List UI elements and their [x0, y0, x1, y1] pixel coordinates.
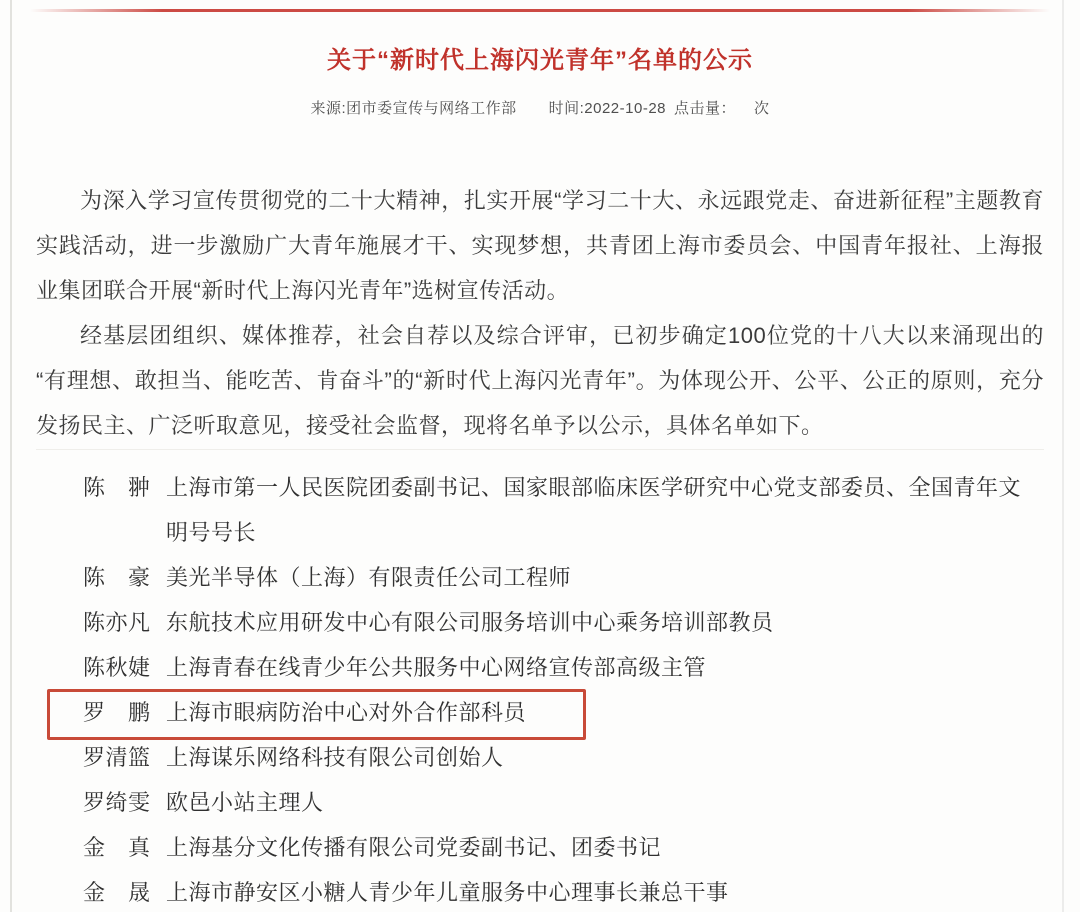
article-meta: 来源:团市委宣传与网络工作部时间:2022-10-28点击量：次: [0, 97, 1080, 118]
list-entry: 陈秋婕上海青春在线青少年公共服务中心网络宣传部高级主管: [36, 645, 1044, 690]
list-entry: 陈 翀上海市第一人民医院团委副书记、国家眼部临床医学研究中心党支部委员、全国青年…: [36, 465, 1044, 555]
list-entry: 罗绮雯欧邑小站主理人: [36, 780, 1044, 825]
honoree-description: 美光半导体（上海）有限责任公司工程师: [166, 555, 1044, 600]
list-entry: 陈亦凡东航技术应用研发中心有限公司服务培训中心乘务培训部教员: [36, 600, 1044, 645]
honoree-list: 陈 翀上海市第一人民医院团委副书记、国家眼部临床医学研究中心党支部委员、全国青年…: [36, 465, 1044, 912]
honoree-description: 东航技术应用研发中心有限公司服务培训中心乘务培训部教员: [166, 600, 1044, 645]
honoree-name: 罗 鹏: [83, 690, 166, 735]
list-entry: 金 真上海基分文化传播有限公司党委副书记、团委书记: [36, 825, 1044, 870]
honoree-name: 罗清篮: [83, 735, 166, 780]
honoree-description: 上海谋乐网络科技有限公司创始人: [166, 735, 1044, 780]
section-divider: [36, 449, 1044, 450]
honoree-name: 陈 豪: [83, 555, 166, 600]
top-red-rule: [30, 9, 1050, 12]
honoree-name: 陈亦凡: [83, 600, 166, 645]
honoree-description: 上海基分文化传播有限公司党委副书记、团委书记: [166, 825, 1044, 870]
list-entry-highlighted: 罗 鹏上海市眼病防治中心对外合作部科员: [36, 690, 1044, 735]
right-edge-line: [1062, 0, 1064, 912]
left-edge-line: [10, 0, 12, 912]
list-entry: 金 晟上海市静安区小糖人青少年儿童服务中心理事长兼总干事: [36, 870, 1044, 912]
honoree-name: 罗绮雯: [83, 780, 166, 825]
honoree-name: 金 晟: [83, 870, 166, 912]
article-body: 为深入学习宣传贯彻党的二十大精神，扎实开展“学习二十大、永远跟党走、奋进新征程”…: [0, 178, 1080, 912]
meta-hits-label: 点击量：: [674, 100, 736, 117]
honoree-name: 陈 翀: [83, 465, 166, 555]
honoree-description: 上海市眼病防治中心对外合作部科员: [166, 690, 1044, 735]
honoree-description: 上海市第一人民医院团委副书记、国家眼部临床医学研究中心党支部委员、全国青年文明号…: [166, 465, 1044, 555]
intro-paragraphs: 为深入学习宣传贯彻党的二十大精神，扎实开展“学习二十大、永远跟党走、奋进新征程”…: [36, 178, 1044, 448]
meta-time: 时间:2022-10-28: [549, 100, 666, 117]
honoree-description: 上海市静安区小糖人青少年儿童服务中心理事长兼总干事: [166, 870, 1044, 912]
announcement-page: 关于“新时代上海闪光青年”名单的公示 来源:团市委宣传与网络工作部时间:2022…: [0, 0, 1080, 912]
honoree-description: 欧邑小站主理人: [166, 780, 1044, 825]
intro-paragraph: 为深入学习宣传贯彻党的二十大精神，扎实开展“学习二十大、永远跟党走、奋进新征程”…: [36, 178, 1044, 313]
meta-hits-unit: 次: [754, 100, 770, 117]
honoree-name: 陈秋婕: [83, 645, 166, 690]
intro-paragraph: 经基层团组织、媒体推荐，社会自荐以及综合评审，已初步确定100位党的十八大以来涌…: [36, 313, 1044, 448]
honoree-name: 金 真: [83, 825, 166, 870]
honoree-description: 上海青春在线青少年公共服务中心网络宣传部高级主管: [166, 645, 1044, 690]
meta-source: 来源:团市委宣传与网络工作部: [310, 100, 516, 117]
list-entry: 罗清篮上海谋乐网络科技有限公司创始人: [36, 735, 1044, 780]
list-entry: 陈 豪美光半导体（上海）有限责任公司工程师: [36, 555, 1044, 600]
page-title: 关于“新时代上海闪光青年”名单的公示: [0, 40, 1080, 75]
